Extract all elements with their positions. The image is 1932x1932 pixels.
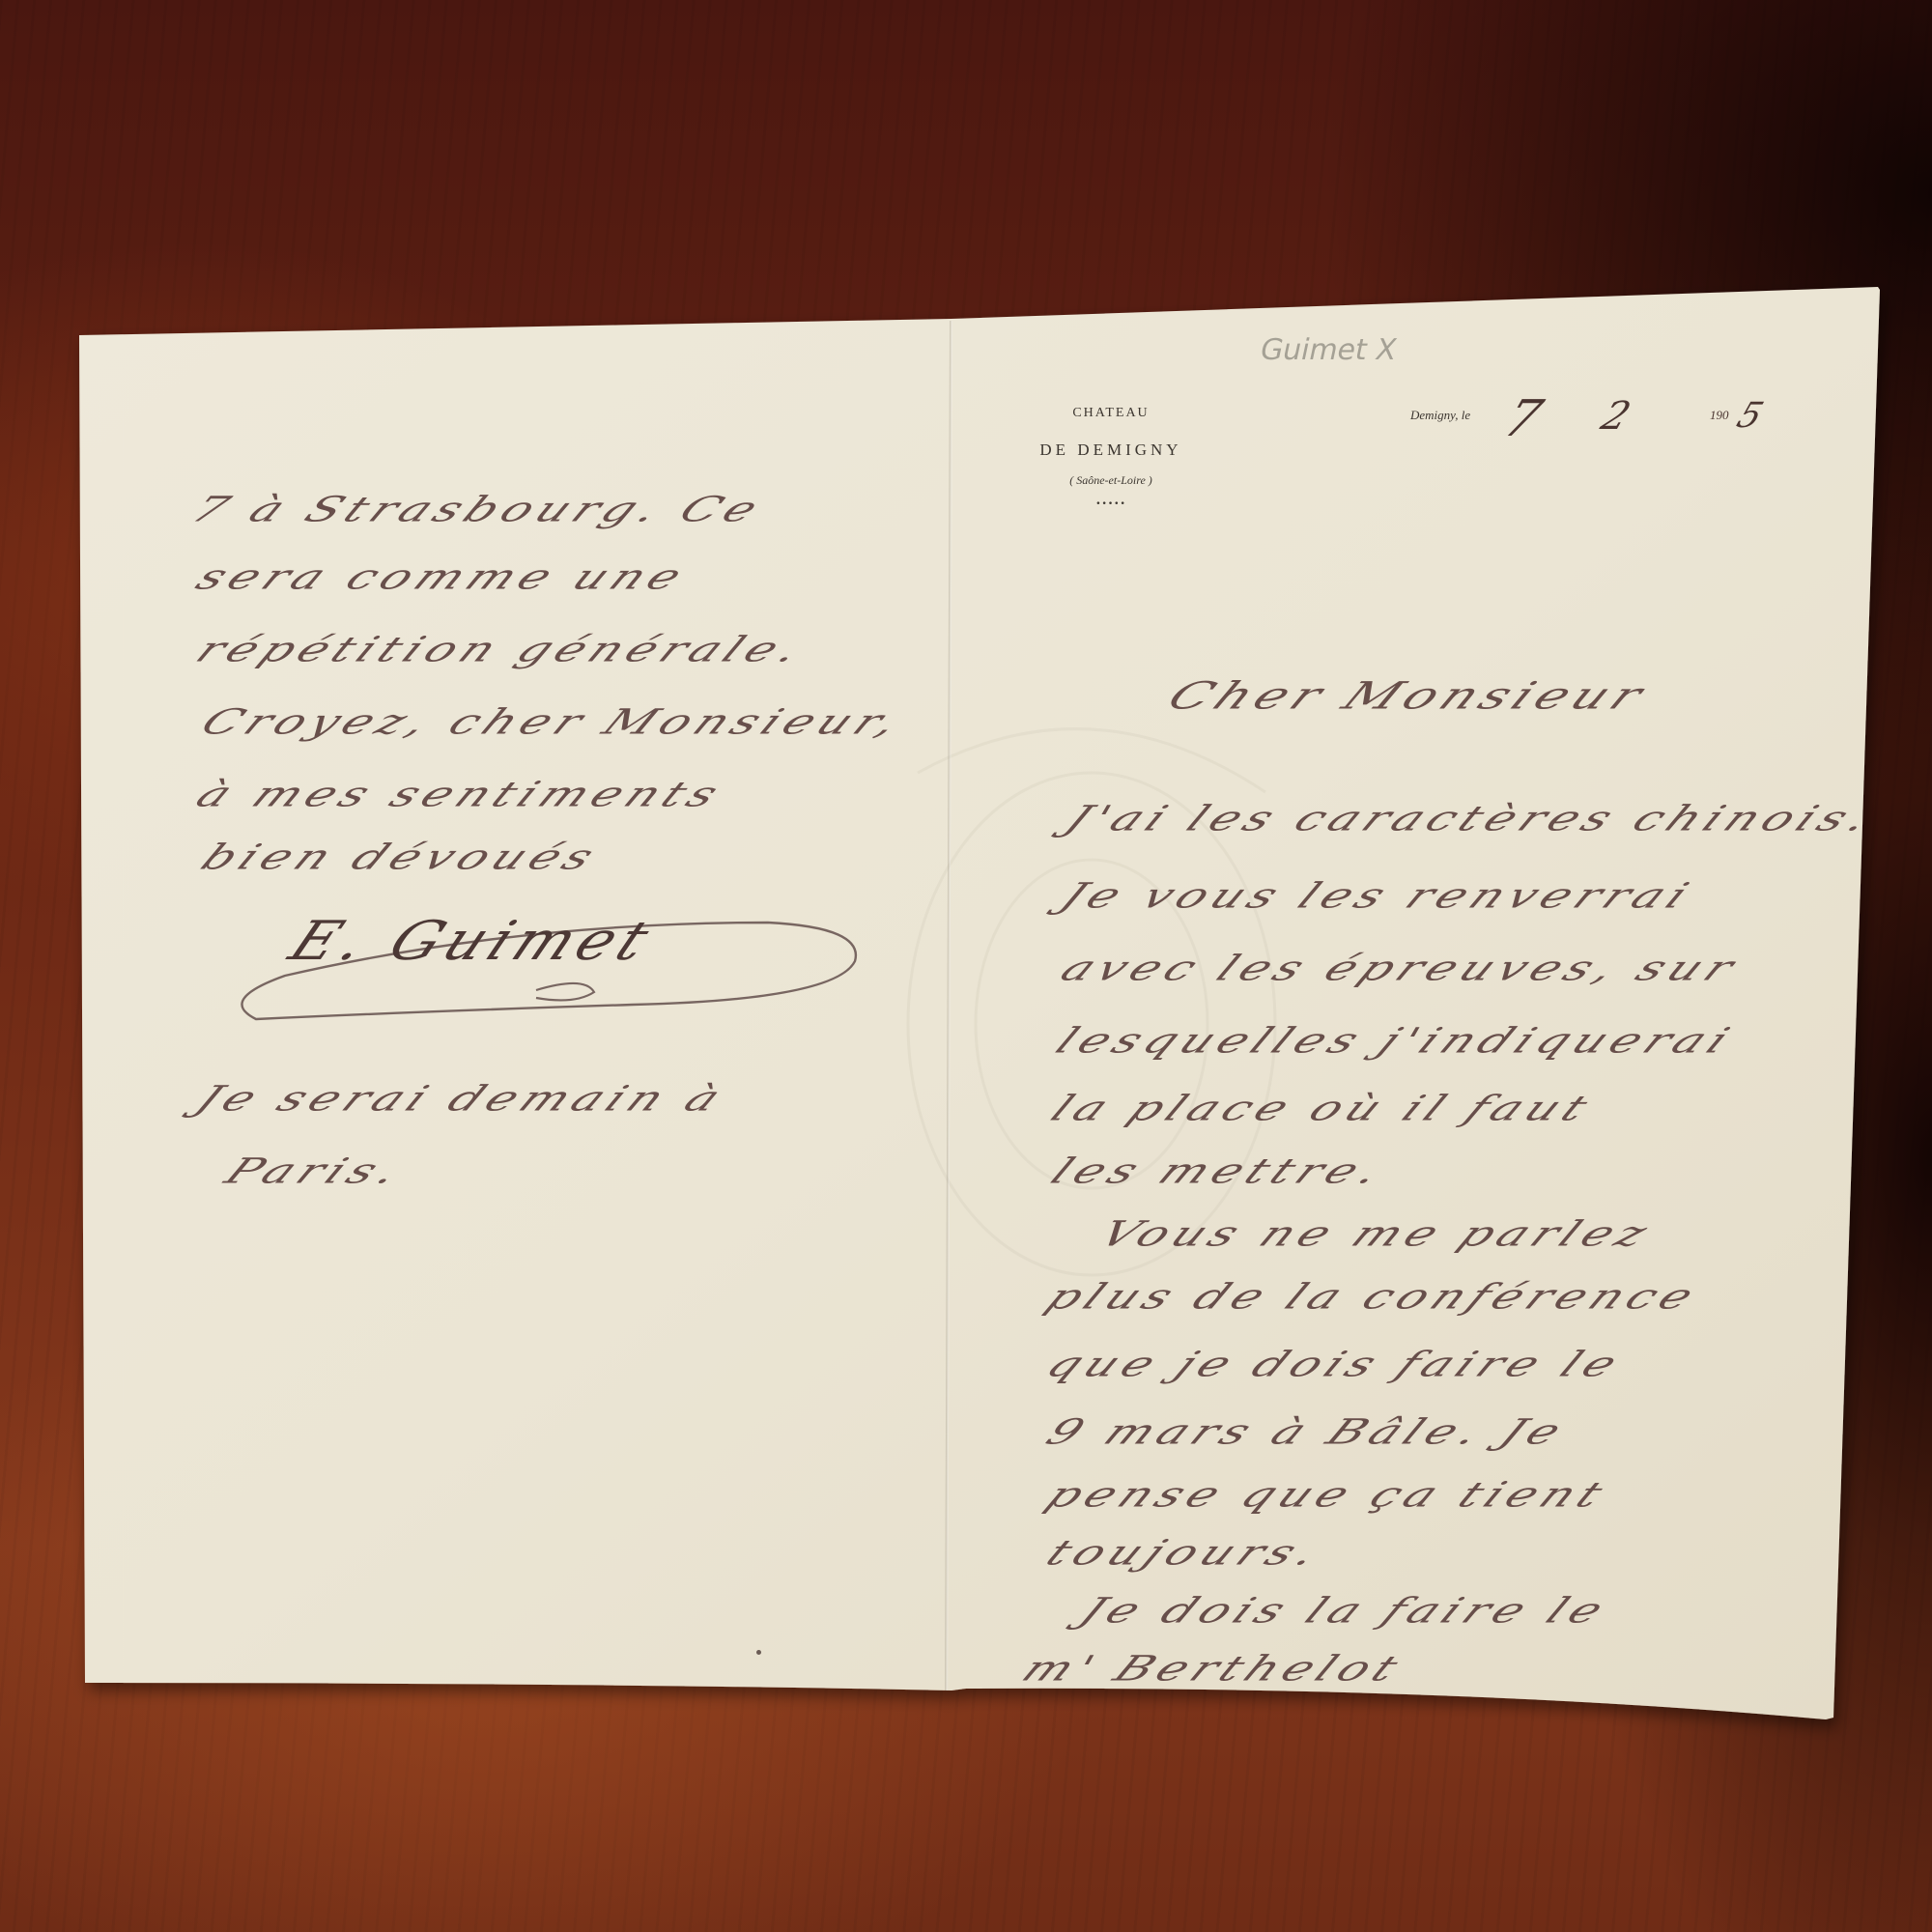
signature-name: E. Guimet [280,909,666,973]
left-line-2: sera comme une [188,556,696,597]
left-line-5: à mes sentiments [188,774,732,814]
right-line-9: que je dois faire le [1038,1344,1632,1384]
right-line-2: Je vous les renverrai [1053,875,1702,916]
letterhead: CHATEAU DE DEMIGNY ( Saône-et-Loire ) ••… [995,406,1227,509]
right-line-13: Je dois la faire le [1072,1590,1617,1631]
right-line-10: 9 mars à Bâle. Je [1038,1411,1576,1452]
right-line-12: toujours. [1038,1532,1332,1573]
postscript-line-1: Je serai demain à [188,1078,734,1119]
left-line-4: Croyez, cher Monsieur, [193,701,913,742]
postscript-line-2: Paris. [217,1151,413,1191]
open-letter: Guimet X CHATEAU DE DEMIGNY ( Saône-et-L… [0,0,1932,1932]
right-line-1: J'ai les caractères chinois. [1058,798,1884,838]
right-line-3: avec les épreuves, sur [1053,948,1747,988]
right-line-14: m' Berthelot [1014,1648,1411,1689]
right-line-8: plus de la conférence [1038,1276,1708,1317]
left-line-3: répétition générale. [188,629,814,669]
left-line-1: 7 à Strasbourg. Ce [184,489,772,529]
letterhead-demigny: DE DEMIGNY [995,440,1227,460]
right-line-4: lesquelles j'indiquerai [1048,1020,1743,1061]
signature: E. Guimet [227,884,903,1029]
ink-dot [756,1650,761,1655]
right-line-5: la place où il faut [1043,1088,1602,1128]
letterhead-ornament: ••••• [995,499,1227,509]
right-line-11: pense que ça tient [1038,1474,1616,1515]
date-year-prefix: 190 [1710,408,1729,423]
date-place-label: Demigny, le [1410,408,1470,423]
left-line-6: bien dévoués [193,837,608,877]
salutation: Cher Monsieur [1159,674,1657,718]
right-line-7: Vous ne me parlez [1092,1213,1662,1254]
pencil-annotation: Guimet X [1257,333,1400,367]
letterhead-region: ( Saône-et-Loire ) [995,473,1227,488]
right-line-6: les mettre. [1043,1151,1395,1191]
letterhead-chateau: CHATEAU [995,406,1227,421]
